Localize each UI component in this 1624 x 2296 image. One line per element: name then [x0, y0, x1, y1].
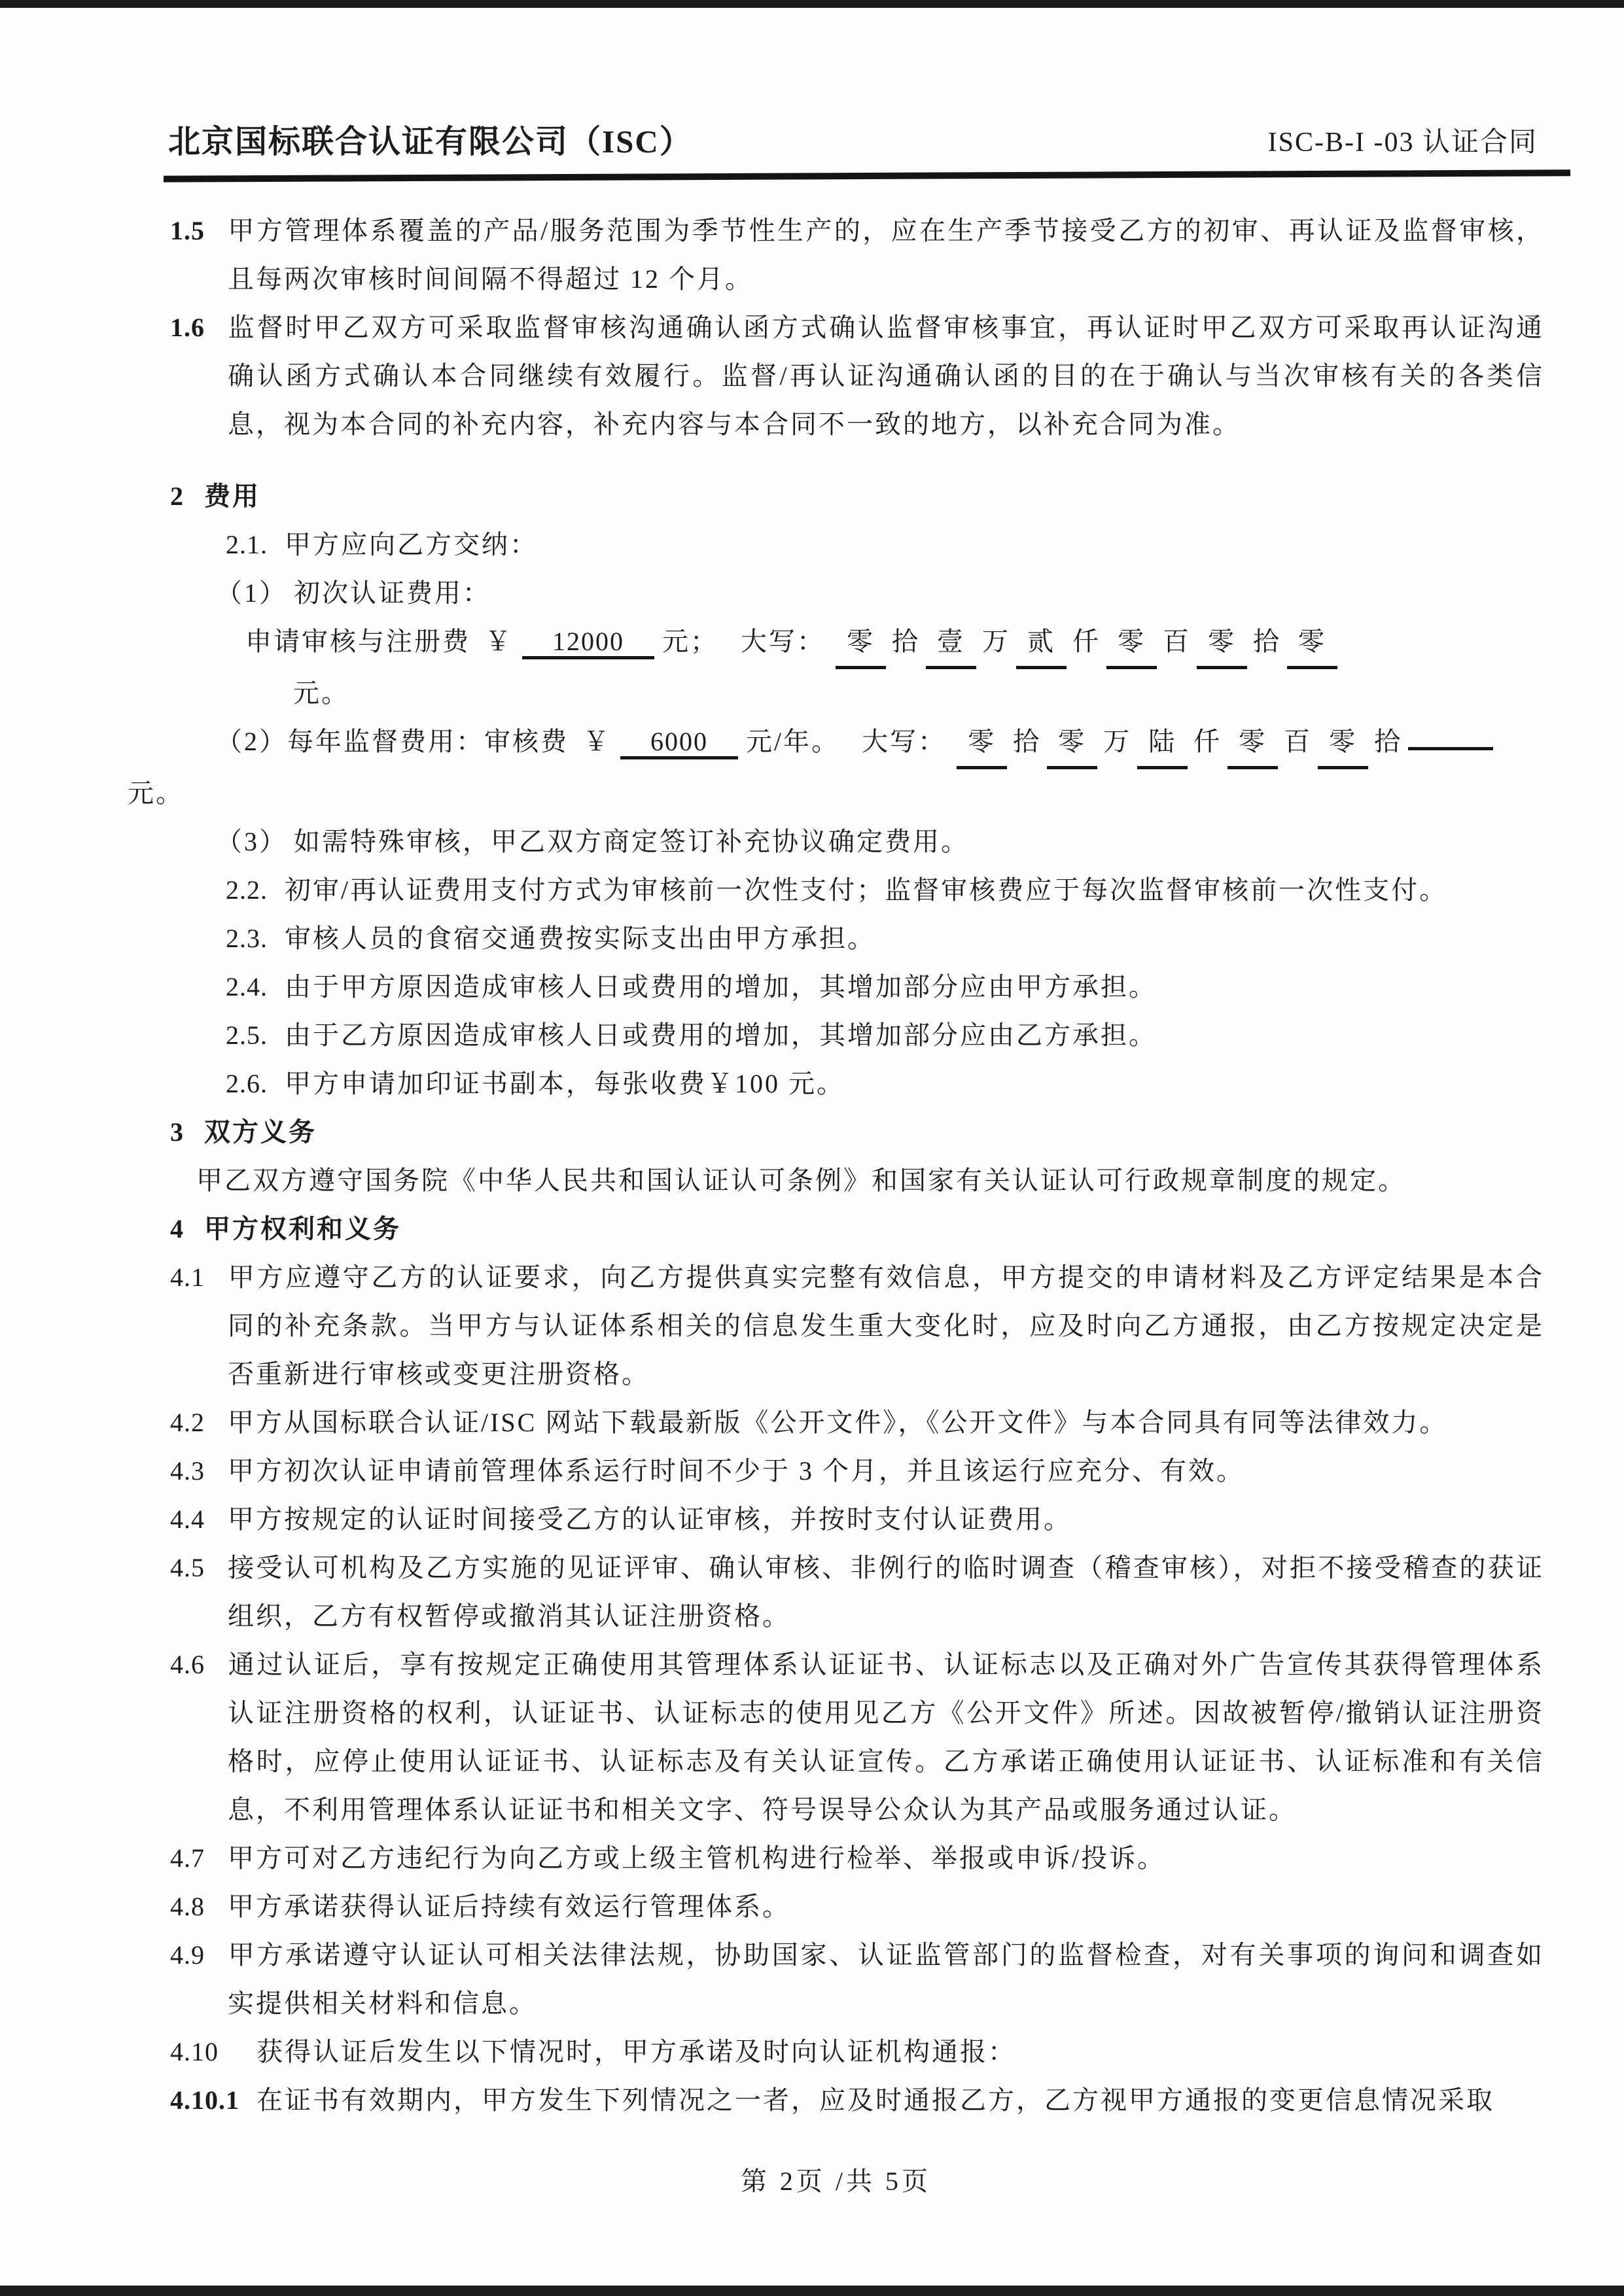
contract-page: 北京国标联合认证有限公司（ISC） ISC-B-I -03 认证合同 1.5甲方…	[0, 0, 1624, 2296]
fee-line-initial-tail: 元。	[293, 669, 1544, 718]
fee-item-1-label: （1）初次认证费用：	[216, 569, 1544, 617]
clause-number: 4.4	[170, 1495, 228, 1544]
clause-number: 4.7	[170, 1834, 228, 1883]
clause-text: 获得认证后发生以下情况时，甲方承诺及时向认证机构通报：	[256, 2037, 1016, 2066]
section-number: 2	[170, 472, 204, 521]
daxie-unit: 万	[1097, 718, 1137, 766]
clause-number: 2.2.	[226, 875, 268, 905]
fee-unit: 元/年。	[746, 727, 839, 756]
clause-number: 2.6.	[226, 1069, 268, 1098]
section-3-heading: 3双方义务	[170, 1108, 1544, 1157]
header-rule	[164, 169, 1570, 182]
fee-amount-blank: 12000	[522, 627, 654, 659]
fee-item-3: （3）如需特殊审核，甲乙双方商定签订补充协议确定费用。	[216, 818, 1544, 866]
clause-4-9: 4.9甲方承诺遵守认证认可相关法律法规，协助国家、认证监管部门的监督检查，对有关…	[170, 1931, 1544, 2028]
clause-number: 2.3.	[226, 924, 268, 953]
clause-4-1: 4.1甲方应遵守乙方的认证要求，向乙方提供真实完整有效信息，甲方提交的申请材料及…	[170, 1253, 1544, 1399]
fee-line-surveillance: （2）每年监督费用：审核费￥6000元/年。大写：零拾零万陆仟零百零拾	[216, 718, 1544, 769]
clause-1-6: 1.6监督时甲乙双方可采取监督审核沟通确认函方式确认监督审核事宜，再认证时甲乙双…	[170, 304, 1544, 449]
clause-4-4: 4.4甲方按规定的认证时间接受乙方的认证审核，并按时支付认证费用。	[170, 1495, 1544, 1544]
daxie-unit: 拾	[1247, 617, 1287, 666]
clause-number: 4.10.1	[170, 2076, 256, 2125]
clause-text: 甲方承诺遵守认证认可相关法律法规，协助国家、认证监管部门的监督检查，对有关事项的…	[228, 1940, 1544, 2018]
clause-4-5: 4.5接受认可机构及乙方实施的见证评审、确认审核、非例行的临时调查（稽查审核），…	[170, 1544, 1544, 1641]
document-code: ISC-B-I -03 认证合同	[1268, 120, 1538, 162]
daxie-unit: 万	[976, 617, 1016, 666]
section-number: 3	[170, 1108, 204, 1157]
scan-edge-top	[0, 0, 1624, 8]
clause-number: 1.6	[170, 304, 228, 352]
fee-prefix: （2）每年监督费用：审核费	[216, 727, 569, 756]
daxie-cell: 零	[836, 617, 886, 669]
page-number-label: 第 2页 /共 5页	[741, 2166, 931, 2196]
clause-2-5: 2.5.由于乙方原因造成审核人日或费用的增加，其增加部分应由乙方承担。	[226, 1011, 1544, 1060]
daxie-label: 大写：	[741, 627, 825, 656]
clause-number: 4.1	[170, 1253, 228, 1302]
daxie-unit: 拾	[1368, 718, 1408, 766]
clause-text: 通过认证后，享有按规定正确使用其管理体系认证证书、认证标志以及正确对外广告宣传其…	[228, 1650, 1544, 1824]
section-title: 费用	[204, 481, 260, 511]
page-header: 北京国标联合认证有限公司（ISC） ISC-B-I -03 认证合同	[168, 116, 1538, 162]
company-name: 北京国标联合认证有限公司（ISC）	[168, 116, 693, 162]
clause-number: 2.5.	[226, 1020, 268, 1050]
clause-number: 1.5	[170, 207, 228, 255]
clause-text: 监督时甲乙双方可采取监督审核沟通确认函方式确认监督审核事宜，再认证时甲乙双方可采…	[228, 313, 1544, 439]
clause-text: 甲方可对乙方违纪行为向乙方或上级主管机构进行检举、举报或申诉/投诉。	[228, 1843, 1165, 1873]
clause-text: 在证书有效期内，甲方发生下列情况之一者，应及时通报乙方，乙方视甲方通报的变更信息…	[256, 2085, 1494, 2115]
clause-4-8: 4.8甲方承诺获得认证后持续有效运行管理体系。	[170, 1883, 1544, 1931]
contract-body: 1.5甲方管理体系覆盖的产品/服务范围为季节性生产的，应在生产季节接受乙方的初审…	[128, 207, 1544, 2125]
clause-text: 初审/再认证费用支付方式为审核前一次性支付；监督审核费应于每次监督审核前一次性支…	[285, 875, 1447, 905]
clause-4-6: 4.6通过认证后，享有按规定正确使用其管理体系认证证书、认证标志以及正确对外广告…	[170, 1641, 1544, 1834]
page-footer: 第 2页 /共 5页	[128, 2161, 1544, 2198]
currency-symbol: ￥	[485, 627, 513, 656]
clause-number: 4.9	[170, 1931, 228, 1979]
section-title: 双方义务	[204, 1117, 317, 1147]
clause-text: 甲方应遵守乙方的认证要求，向乙方提供真实完整有效信息，甲方提交的申请材料及乙方评…	[228, 1262, 1544, 1389]
clause-number: 2.4.	[226, 972, 268, 1001]
section-4-heading: 4甲方权利和义务	[170, 1205, 1544, 1253]
daxie-cell: 零	[1197, 617, 1247, 669]
daxie-unit: 百	[1157, 617, 1197, 666]
clause-text: 由于甲方原因造成审核人日或费用的增加，其增加部分应由甲方承担。	[285, 972, 1157, 1001]
daxie-unit: 拾	[1007, 718, 1047, 766]
daxie-unit: 百	[1278, 718, 1318, 766]
clause-number: 4.2	[170, 1399, 228, 1447]
clause-text: 甲方管理体系覆盖的产品/服务范围为季节性生产的，应在生产季节接受乙方的初审、再认…	[228, 216, 1544, 294]
clause-text: 甲方申请加印证书副本，每张收费￥100 元。	[285, 1069, 845, 1098]
section-title: 甲方权利和义务	[204, 1214, 401, 1244]
clause-number: 4.3	[170, 1447, 228, 1495]
clause-2-3: 2.3.审核人员的食宿交通费按实际支出由甲方承担。	[226, 914, 1544, 963]
daxie-unit: 仟	[1188, 718, 1227, 766]
clause-2-4: 2.4.由于甲方原因造成审核人日或费用的增加，其增加部分应由甲方承担。	[226, 963, 1544, 1011]
clause-text: 甲方按规定的认证时间接受乙方的认证审核，并按时支付认证费用。	[228, 1505, 1072, 1534]
clause-2-6: 2.6.甲方申请加印证书副本，每张收费￥100 元。	[226, 1060, 1544, 1108]
daxie-cell: 零	[957, 718, 1007, 769]
daxie-unit: 仟	[1067, 617, 1106, 666]
daxie-cell: 零	[1287, 617, 1337, 669]
clause-number: 4.5	[170, 1544, 228, 1592]
daxie-cell: 零	[1106, 617, 1157, 669]
daxie-cell: 零	[1227, 718, 1278, 769]
clause-text: 初次认证费用：	[294, 578, 491, 608]
clause-1-5: 1.5甲方管理体系覆盖的产品/服务范围为季节性生产的，应在生产季节接受乙方的初审…	[170, 207, 1544, 304]
clause-text: 由于乙方原因造成审核人日或费用的增加，其增加部分应由乙方承担。	[285, 1020, 1157, 1050]
daxie-cell: 壹	[926, 617, 976, 669]
clause-text: 甲方承诺获得认证后持续有效运行管理体系。	[228, 1892, 790, 1921]
clause-4-7: 4.7甲方可对乙方违纪行为向乙方或上级主管机构进行检举、举报或申诉/投诉。	[170, 1834, 1544, 1883]
clause-number: 4.10	[170, 2028, 256, 2076]
list-marker: （1）	[216, 578, 287, 608]
clause-text: 甲方初次认证申请前管理体系运行时间不少于 3 个月，并且该运行应充分、有效。	[228, 1456, 1244, 1486]
scan-edge-bottom	[0, 2286, 1624, 2296]
clause-number: 4.6	[170, 1641, 228, 1689]
daxie-unit: 拾	[886, 617, 926, 666]
clause-2-1: 2.1.甲方应向乙方交纳：	[226, 521, 1544, 569]
clause-2-2: 2.2.初审/再认证费用支付方式为审核前一次性支付；监督审核费应于每次监督审核前…	[226, 866, 1544, 914]
clause-4-2: 4.2甲方从国标联合认证/ISC 网站下载最新版《公开文件》，《公开文件》与本合…	[170, 1399, 1544, 1447]
daxie-label: 大写：	[862, 727, 946, 756]
fee-unit: 元；	[662, 627, 718, 656]
clause-text: 接受认可机构及乙方实施的见证评审、确认审核、非例行的临时调查（稽查审核），对拒不…	[228, 1553, 1544, 1631]
clause-text: 审核人员的食宿交通费按实际支出由甲方承担。	[285, 924, 875, 953]
fee-line-initial: 申请审核与注册费￥12000元；大写：零拾壹万贰仟零百零拾零	[245, 617, 1544, 669]
clause-number: 2.1.	[226, 530, 268, 559]
clause-number: 4.8	[170, 1883, 228, 1931]
clause-4-10: 4.10获得认证后发生以下情况时，甲方承诺及时向认证机构通报：	[170, 2028, 1544, 2076]
clause-3-body: 甲乙双方遵守国务院《中华人民共和国认证认可条例》和国家有关认证认可行政规章制度的…	[196, 1157, 1544, 1205]
currency-symbol: ￥	[583, 727, 611, 756]
clause-text: 甲方从国标联合认证/ISC 网站下载最新版《公开文件》，《公开文件》与本合同具有…	[228, 1408, 1447, 1437]
daxie-cell: 零	[1318, 718, 1368, 769]
clause-text: 甲方应向乙方交纳：	[285, 530, 538, 559]
daxie-cell: 陆	[1137, 718, 1188, 769]
section-number: 4	[170, 1205, 204, 1253]
fee-line-surveillance-tail: 元。	[128, 769, 1544, 818]
clause-text: 如需特殊审核，甲乙双方商定签订补充协议确定费用。	[294, 827, 969, 856]
clause-4-10-1: 4.10.1在证书有效期内，甲方发生下列情况之一者，应及时通报乙方，乙方视甲方通…	[170, 2076, 1544, 2125]
fee-prefix: 申请审核与注册费	[245, 627, 470, 656]
daxie-cell: 贰	[1016, 617, 1067, 669]
fee-amount-blank: 6000	[620, 727, 738, 759]
section-2-heading: 2费用	[170, 472, 1544, 521]
daxie-cell: 零	[1047, 718, 1097, 769]
clause-4-3: 4.3甲方初次认证申请前管理体系运行时间不少于 3 个月，并且该运行应充分、有效…	[170, 1447, 1544, 1495]
list-marker: （3）	[216, 827, 287, 856]
daxie-cell-empty	[1408, 747, 1493, 750]
